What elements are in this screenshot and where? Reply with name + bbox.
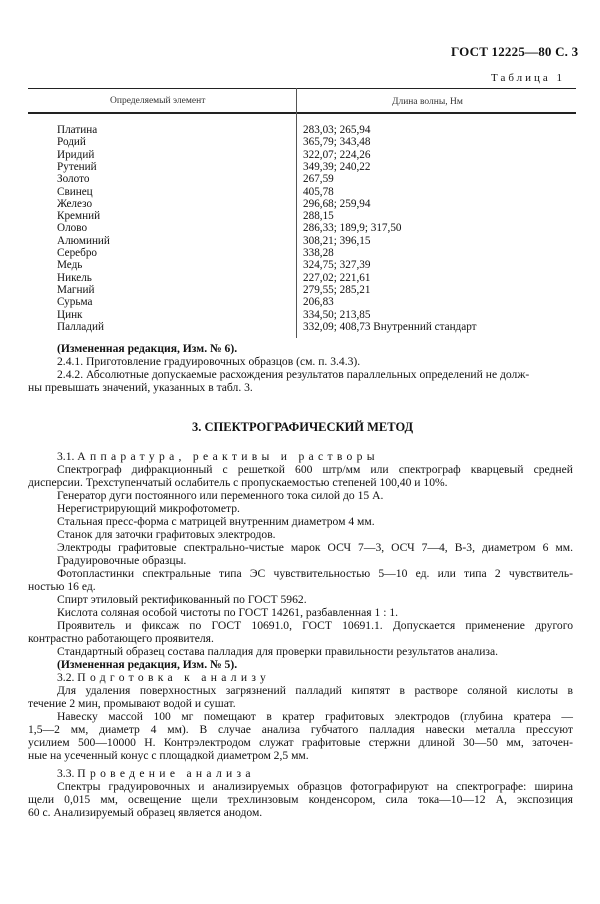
subsection-3-1-number: 3.1. — [57, 450, 74, 463]
wavelength-value: 279,55; 285,21 — [303, 284, 370, 296]
element-name: Кремний — [57, 210, 100, 222]
text-line: дисперсии. Трехступенчатый ослабитель с … — [28, 476, 448, 489]
text-line: Стандартный образец состава палладия для… — [57, 645, 498, 658]
element-name: Платина — [57, 124, 97, 136]
text-line: Спектрограф дифракционный с решеткой 600… — [57, 463, 573, 476]
column-header-wavelength: Длина волны, Нм — [392, 97, 463, 107]
element-name: Никель — [57, 272, 92, 284]
element-name: Магний — [57, 284, 94, 296]
document-reference: ГОСТ 12225—80 С. 3 — [451, 44, 578, 60]
text-line: Генератор дуги постоянного или переменно… — [57, 489, 383, 502]
text-line: Электроды графитовые спектрально-чистые … — [57, 541, 573, 554]
text-line: Стальная пресс-форма с матрицей внутренн… — [57, 515, 375, 528]
text-line: Спирт этиловый ректификованный по ГОСТ 5… — [57, 593, 307, 606]
wavelength-value: 405,78 — [303, 186, 334, 198]
element-name: Золото — [57, 173, 89, 185]
text-line: Спектры градуировочных и анализируемых о… — [57, 780, 573, 793]
text-line: Проявитель и фиксаж по ГОСТ 10691.0, ГОС… — [57, 619, 573, 632]
wavelength-value: 288,15 — [303, 210, 334, 222]
text-line: 1,5—2 мм, диаметр 4 мм). В случае анализ… — [28, 723, 573, 736]
wavelength-value: 206,83 — [303, 296, 334, 308]
wavelength-value: 227,02; 221,61 — [303, 272, 370, 284]
text-line: Навеску массой 100 мг помещают в кратер … — [57, 710, 573, 723]
subsection-3-2-heading: 3.2. Подготовка к анализу — [57, 671, 270, 684]
element-name: Серебро — [57, 247, 97, 259]
text-line: Станок для заточки графитовых электродов… — [57, 528, 276, 541]
table-caption: Таблица 1 — [491, 72, 565, 84]
element-name: Сурьма — [57, 296, 92, 308]
wavelength-value: 332,09; 408,73 Внутренний стандарт — [303, 321, 477, 333]
section-title: 3. СПЕКТРОГРАФИЧЕСКИЙ МЕТОД — [192, 420, 413, 435]
element-name: Свинец — [57, 186, 93, 198]
amendment-note-5: (Измененная редакция, Изм. № 5). — [57, 658, 237, 671]
text-line: Для удаления поверхностных загрязнений п… — [57, 684, 573, 697]
text-line: 60 с. Анализируемый образец является ано… — [28, 806, 262, 819]
wavelength-value: 338,28 — [303, 247, 334, 259]
paragraph-2-4-2-line-2: ны превышать значений, указанных в табл.… — [28, 381, 253, 394]
text-line: ностью 16 ед. — [28, 580, 96, 593]
table-header-rule — [28, 112, 576, 114]
paragraph-2-4-2-line-1: 2.4.2. Абсолютные допускаемые расхождени… — [57, 368, 529, 381]
text-line: ные на усеченный конус с площадкой диаме… — [28, 749, 309, 762]
element-name: Медь — [57, 259, 82, 271]
wavelength-value: 322,07; 224,26 — [303, 149, 370, 161]
wavelength-value: 296,68; 259,94 — [303, 198, 370, 210]
text-line: Кислота соляная особой чистоты по ГОСТ 1… — [57, 606, 398, 619]
element-name: Палладий — [57, 321, 104, 333]
column-header-element: Определяемый элемент — [110, 96, 205, 106]
element-name: Рутений — [57, 161, 97, 173]
table-top-rule — [28, 88, 576, 89]
element-name: Алюминий — [57, 235, 110, 247]
subsection-3-3-number: 3.3. — [57, 767, 74, 780]
wavelength-value: 349,39; 240,22 — [303, 161, 370, 173]
wavelength-value: 283,03; 265,94 — [303, 124, 370, 136]
text-line: усилием 500—10000 Н. Контрэлектродом слу… — [28, 736, 573, 749]
subsection-3-2-title: Подготовка к анализу — [77, 671, 270, 684]
text-line: течение 2 мин, промывают водой и сушат. — [28, 697, 236, 710]
text-line: щели 0,015 мм, освещение щели трехлинзов… — [28, 793, 573, 806]
element-name: Иридий — [57, 149, 94, 161]
wavelength-value: 324,75; 327,39 — [303, 259, 370, 271]
wavelength-value: 308,21; 396,15 — [303, 235, 370, 247]
table-column-divider — [296, 88, 297, 338]
subsection-3-1-heading: 3.1. Аппаратура, реактивы и растворы — [57, 450, 379, 463]
subsection-3-2-number: 3.2. — [57, 671, 74, 684]
text-line: контрастно работающего проявителя. — [28, 632, 214, 645]
wavelength-value: 286,33; 189,9; 317,50 — [303, 222, 402, 234]
element-name: Железо — [57, 198, 92, 210]
subsection-3-3-title: Проведение анализа — [77, 767, 255, 780]
element-name: Цинк — [57, 309, 83, 321]
text-line: Фотопластинки спектральные типа ЭС чувст… — [57, 567, 573, 580]
wavelength-value: 334,50; 213,85 — [303, 309, 370, 321]
element-name: Олово — [57, 222, 87, 234]
subsection-3-1-title: Аппаратура, реактивы и растворы — [77, 450, 379, 463]
amendment-note-6: (Измененная редакция, Изм. № 6). — [57, 342, 237, 355]
text-line: Градуировочные образцы. — [57, 554, 186, 567]
subsection-3-3-heading: 3.3. Проведение анализа — [57, 767, 255, 780]
wavelength-value: 365,79; 343,48 — [303, 136, 370, 148]
text-line: Нерегистрирующий микрофотометр. — [57, 502, 240, 515]
wavelength-value: 267,59 — [303, 173, 334, 185]
paragraph-2-4-1: 2.4.1. Приготовление градуировочных обра… — [57, 355, 360, 368]
element-name: Родий — [57, 136, 86, 148]
